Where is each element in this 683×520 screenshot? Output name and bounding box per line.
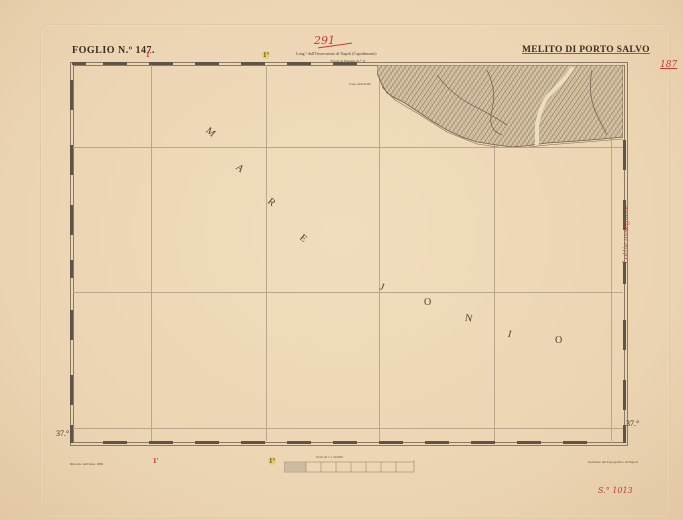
- bottom-left-note: Rilevato nell'anno 1869: [70, 462, 103, 466]
- frame-dash: [471, 441, 495, 444]
- grid-line-vertical: [151, 65, 152, 441]
- sea-letter: O: [555, 335, 562, 346]
- place-label-capo: Capo dell'Armi: [349, 82, 371, 86]
- frame-dash: [623, 380, 626, 410]
- frame-dash: [70, 310, 73, 340]
- grid-line-vertical: [266, 65, 267, 441]
- meridian-marker-red-bottom: 1': [153, 457, 158, 465]
- frame-dash: [195, 441, 219, 444]
- frame-dash: [195, 62, 219, 65]
- frame-dash: [563, 441, 587, 444]
- meridian-marker-red-top: 1': [146, 51, 151, 59]
- frame-dash: [517, 441, 541, 444]
- frame-dash: [241, 62, 265, 65]
- frame-dash: [241, 441, 265, 444]
- frame-dash: [70, 205, 73, 235]
- frame-dash: [333, 62, 357, 65]
- annotation-right-number: 187: [660, 60, 677, 70]
- sea-letter: O: [424, 297, 431, 308]
- frame-dash: [287, 62, 311, 65]
- scale-title: Scala di 1 a 50.000: [316, 455, 343, 459]
- frame-dash: [70, 375, 73, 405]
- frame-dash: [70, 260, 73, 278]
- frame-dash: [425, 441, 449, 444]
- frame-dash: [149, 62, 173, 65]
- frame-dash: [623, 200, 626, 230]
- frame-dash: [287, 441, 311, 444]
- bottom-right-note: Incisione del Topografico di Napoli: [588, 460, 638, 464]
- frame-dash: [379, 441, 403, 444]
- sheet-name-text: MELITO DI PORTO SALVO: [522, 45, 650, 55]
- frame-dash: [623, 140, 626, 170]
- frame-dash: [149, 441, 173, 444]
- frame-dash: [72, 62, 86, 65]
- frame-dash: [103, 62, 127, 65]
- frame-dash: [623, 320, 626, 350]
- sheet-name-title: MELITO DI PORTO SALVO: [522, 45, 650, 55]
- grid-line-horizontal: [73, 428, 623, 429]
- sheet-number-title: FOGLIO N.º 147.: [72, 45, 155, 56]
- latitude-label-right: 37.°: [626, 419, 639, 428]
- terrain-relief: [377, 65, 623, 147]
- scale-bar: [284, 460, 434, 476]
- annotation-bottom-right: S.° 1013: [598, 486, 633, 495]
- frame-dash: [70, 145, 73, 175]
- frame-dash: [103, 441, 127, 444]
- frame-dash: [623, 262, 626, 284]
- grid-line-horizontal: [73, 147, 623, 148]
- frame-dash: [70, 80, 73, 110]
- frame-dash: [333, 441, 357, 444]
- grid-line-horizontal: [73, 292, 623, 293]
- longitude-note: Long.° dall'Osservatorio di Napoli (Capo…: [296, 51, 376, 56]
- latitude-label-left: 37.°: [56, 429, 69, 438]
